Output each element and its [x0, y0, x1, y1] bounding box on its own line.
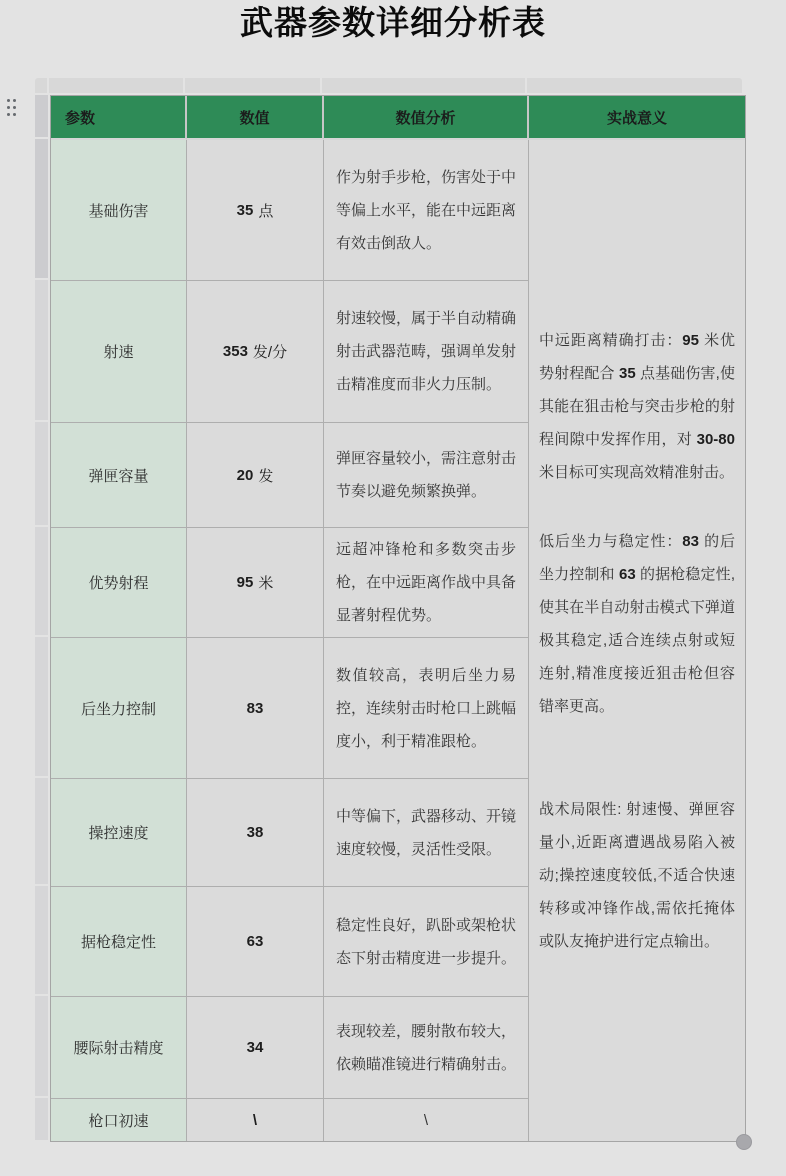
value-number: 353 — [223, 343, 248, 360]
row-handle[interactable] — [35, 778, 48, 884]
row-handles — [35, 95, 48, 1140]
cell-param[interactable]: 操控速度 — [51, 779, 187, 887]
weapon-params-table: 参数 数值 数值分析 实战意义 中远距离精确打击：95 米优势射程配合 35 点… — [50, 95, 746, 1142]
cell-combat-significance[interactable]: 中远距离精确打击：95 米优势射程配合 35 点基础伤害,使其能在狙击枪与突击步… — [529, 140, 745, 1141]
analysis-text: 表现较差，腰射散布较大，依赖瞄准镜进行精确射击。 — [336, 1015, 516, 1081]
analysis-text: 作为射手步枪，伤害处于中等偏上水平，能在中远距离有效击倒敌人。 — [336, 161, 516, 260]
value-number: 83 — [247, 700, 264, 717]
column-handle-significance[interactable] — [527, 78, 742, 93]
row-handle[interactable] — [35, 95, 48, 137]
analysis-text: 稳定性良好，趴卧或架枪状态下射击精度进一步提升。 — [336, 909, 516, 975]
cell-analysis[interactable]: 数值较高，表明后坐力易控，连续射击时枪口上跳幅度小，利于精准跟枪。 — [324, 638, 529, 779]
value-number: 38 — [247, 824, 264, 841]
cell-param[interactable]: 腰际射击精度 — [51, 997, 187, 1099]
cell-param[interactable]: 射速 — [51, 281, 187, 423]
value-unit: 发/分 — [253, 341, 287, 362]
column-handle-analysis[interactable] — [322, 78, 525, 93]
cell-analysis[interactable]: 弹匣容量较小，需注意射击节奏以避免频繁换弹。 — [324, 423, 529, 528]
header-value[interactable]: 数值 — [187, 96, 324, 140]
column-handle-value[interactable] — [185, 78, 320, 93]
value-number: 34 — [247, 1039, 264, 1056]
cell-param[interactable]: 优势射程 — [51, 528, 187, 638]
table-resize-handle-icon[interactable] — [736, 1134, 752, 1150]
significance-paragraph: 中远距离精确打击：95 米优势射程配合 35 点基础伤害,使其能在狙击枪与突击步… — [539, 324, 735, 489]
dot — [7, 113, 10, 116]
value-number: 20 — [237, 467, 254, 484]
cell-analysis[interactable]: 射速较慢，属于半自动精确射击武器范畴，强调单发射击精准度而非火力压制。 — [324, 281, 529, 423]
corner-handle[interactable] — [35, 78, 47, 93]
row-handle[interactable] — [35, 996, 48, 1096]
page-title: 武器参数详细分析表 — [0, 2, 786, 44]
cell-analysis[interactable]: 远超冲锋枪和多数突击步枪，在中远距离作战中具备显著射程优势。 — [324, 528, 529, 638]
row-handle[interactable] — [35, 1098, 48, 1140]
cell-param[interactable]: 弹匣容量 — [51, 423, 187, 528]
cell-param[interactable]: 据枪稳定性 — [51, 887, 187, 997]
cell-value[interactable]: \ — [187, 1099, 324, 1141]
value-unit: 米 — [258, 572, 273, 593]
value-number: 63 — [247, 933, 264, 950]
cell-analysis[interactable]: 表现较差，腰射散布较大，依赖瞄准镜进行精确射击。 — [324, 997, 529, 1099]
cell-value[interactable]: 20发 — [187, 423, 324, 528]
cell-param[interactable]: 后坐力控制 — [51, 638, 187, 779]
row-handle[interactable] — [35, 280, 48, 420]
value-unit: 点 — [258, 200, 273, 221]
analysis-text: 射速较慢，属于半自动精确射击武器范畴，强调单发射击精准度而非火力压制。 — [336, 302, 516, 401]
dot — [13, 99, 16, 102]
analysis-text: 数值较高，表明后坐力易控，连续射击时枪口上跳幅度小，利于精准跟枪。 — [336, 659, 516, 758]
dot — [7, 99, 10, 102]
cell-value[interactable]: 353发/分 — [187, 281, 324, 423]
row-handle[interactable] — [35, 139, 48, 278]
cell-analysis[interactable]: 稳定性良好，趴卧或架枪状态下射击精度进一步提升。 — [324, 887, 529, 997]
header-significance[interactable]: 实战意义 — [529, 96, 745, 140]
dot — [13, 106, 16, 109]
row-handle[interactable] — [35, 527, 48, 635]
significance-paragraph: 低后坐力与稳定性：83 的后坐力控制和 63 的据枪稳定性,使其在半自动射击模式… — [539, 525, 735, 723]
dot — [13, 113, 16, 116]
significance-paragraph: 战术局限性: 射速慢、弹匣容量小,近距离遭遇战易陷入被动;操控速度较低,不适合快… — [539, 793, 735, 958]
value-number: \ — [253, 1112, 257, 1129]
row-handle[interactable] — [35, 422, 48, 525]
analysis-text: 弹匣容量较小，需注意射击节奏以避免频繁换弹。 — [336, 442, 516, 508]
drag-handle-icon[interactable] — [7, 99, 16, 116]
value-number: 95 — [237, 574, 254, 591]
column-handle-param[interactable] — [49, 78, 183, 93]
cell-analysis[interactable]: 中等偏下，武器移动、开镜速度较慢，灵活性受限。 — [324, 779, 529, 887]
analysis-text: 远超冲锋枪和多数突击步枪，在中远距离作战中具备显著射程优势。 — [336, 533, 516, 632]
cell-value[interactable]: 83 — [187, 638, 324, 779]
analysis-text: \ — [336, 1104, 516, 1137]
header-analysis[interactable]: 数值分析 — [324, 96, 529, 140]
cell-value[interactable]: 35点 — [187, 140, 324, 281]
cell-param[interactable]: 基础伤害 — [51, 140, 187, 281]
cell-value[interactable]: 63 — [187, 887, 324, 997]
cell-value[interactable]: 38 — [187, 779, 324, 887]
row-handle[interactable] — [35, 637, 48, 776]
cell-value[interactable]: 34 — [187, 997, 324, 1099]
header-param[interactable]: 参数 — [51, 96, 187, 140]
analysis-text: 中等偏下，武器移动、开镜速度较慢，灵活性受限。 — [336, 800, 516, 866]
cell-analysis[interactable]: 作为射手步枪，伤害处于中等偏上水平，能在中远距离有效击倒敌人。 — [324, 140, 529, 281]
cell-analysis[interactable]: \ — [324, 1099, 529, 1141]
value-number: 35 — [237, 202, 254, 219]
column-handles — [35, 78, 744, 93]
cell-value[interactable]: 95米 — [187, 528, 324, 638]
row-handle[interactable] — [35, 886, 48, 994]
dot — [7, 106, 10, 109]
value-unit: 发 — [258, 465, 273, 486]
cell-param[interactable]: 枪口初速 — [51, 1099, 187, 1141]
